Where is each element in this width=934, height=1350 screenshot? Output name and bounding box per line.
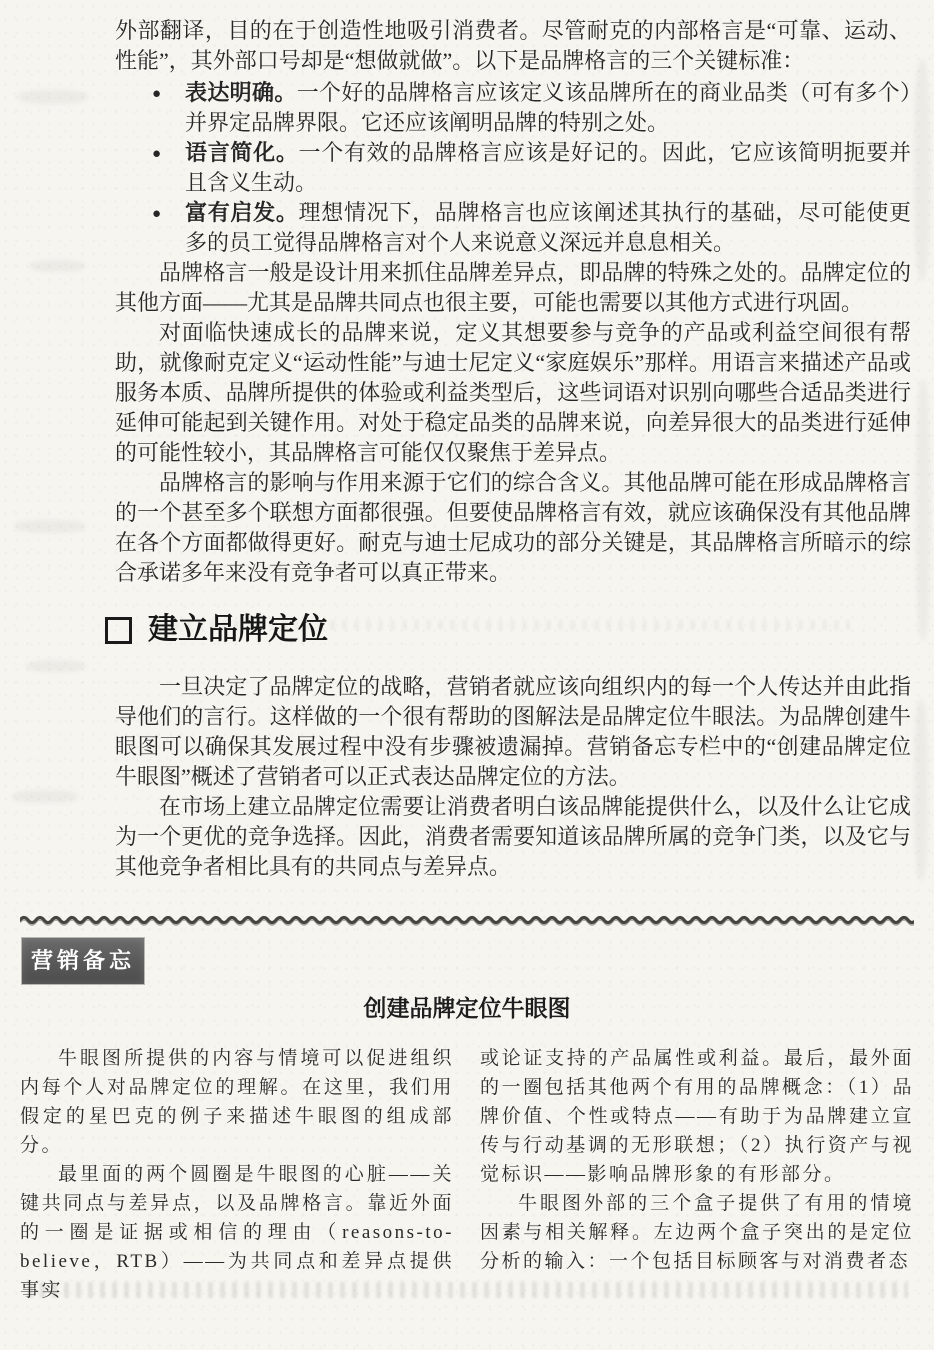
bullet-lead: 富有启发。 — [185, 200, 299, 225]
ink-smudge — [30, 260, 85, 272]
bullet-icon: ● — [152, 79, 161, 109]
body-paragraph: 对面临快速成长的品牌来说，定义其想要参与竞争的产品或利益空间很有帮助，就像耐克定… — [115, 318, 911, 468]
memo-paragraph: 牛眼图外部的三个盒子提供了有用的情境因素与相关解释。左边两个盒子突出的是定位分析… — [480, 1189, 914, 1276]
memo-columns: 牛眼图所提供的内容与情境可以促进组织内每个人对品牌定位的理解。在这里，我们用假定… — [20, 1044, 914, 1305]
memo-right-column: 或论证支持的产品属性或利益。最后，最外面的一圈包括其他两个有用的品牌概念：（1）… — [480, 1044, 914, 1305]
bullet-icon: ● — [152, 199, 161, 229]
memo-paragraph: 最里面的两个圆圈是牛眼图的心脏——关键共同点与差异点，以及品牌格言。靠近外面的一… — [20, 1160, 454, 1305]
body-paragraph: 品牌格言的影响与作用来源于它们的综合含义。其他品牌可能在形成品牌格言的一个甚至多… — [115, 468, 911, 588]
bullet-icon: ● — [152, 139, 161, 169]
ink-smudge — [14, 520, 86, 533]
ink-smudge — [26, 660, 86, 672]
body-paragraph: 在市场上建立品牌定位需要让消费者明白该品牌能提供什么，以及什么让它成为一个更优的… — [115, 792, 911, 882]
ink-smudge — [914, 60, 930, 280]
body-paragraph: 品牌格言一般是设计用来抓住品牌差异点，即品牌的特殊之处的。品牌定位的其他方面——… — [115, 258, 911, 318]
body-paragraph: 一旦决定了品牌定位的战略，营销者就应该向组织内的每一个人传达并由此指导他们的言行… — [115, 672, 911, 792]
continuation-paragraph: 外部翻译，目的在于创造性地吸引消费者。尽管耐克的内部格言是“可靠、运动、性能”，… — [115, 16, 911, 76]
memo-paragraph: 牛眼图所提供的内容与情境可以促进组织内每个人对品牌定位的理解。在这里，我们用假定… — [20, 1044, 454, 1160]
memo-left-column: 牛眼图所提供的内容与情境可以促进组织内每个人对品牌定位的理解。在这里，我们用假定… — [20, 1044, 454, 1305]
wavy-divider — [20, 912, 914, 930]
main-text-column: 外部翻译，目的在于创造性地吸引消费者。尽管耐克的内部格言是“可靠、运动、性能”，… — [115, 16, 911, 882]
section-heading-label: 建立品牌定位 — [148, 612, 328, 648]
bullet-lead: 表达明确。 — [185, 80, 297, 105]
brand-mantra-criteria-list: ●表达明确。一个好的品牌格言应该定义该品牌所在的商业品类（可有多个）并界定品牌界… — [148, 78, 911, 258]
list-item: ●表达明确。一个好的品牌格言应该定义该品牌所在的商业品类（可有多个）并界定品牌界… — [148, 78, 911, 138]
list-item: ●语言简化。一个有效的品牌格言应该是好记的。因此，它应该简明扼要并且含义生动。 — [148, 138, 911, 198]
list-item: ●富有启发。理想情况下，品牌格言也应该阐述其执行的基础，尽可能使更多的员工觉得品… — [148, 198, 911, 258]
ink-smudge — [12, 790, 78, 803]
ink-smudge — [914, 700, 928, 880]
section-heading: 建立品牌定位 — [105, 612, 911, 648]
square-bullet-icon — [105, 617, 132, 644]
bullet-lead: 语言简化。 — [185, 140, 299, 165]
ink-smudge — [916, 380, 930, 640]
memo-paragraph: 或论证支持的产品属性或利益。最后，最外面的一圈包括其他两个有用的品牌概念：（1）… — [480, 1044, 914, 1189]
book-page: 外部翻译，目的在于创造性地吸引消费者。尽管耐克的内部格言是“可靠、运动、性能”，… — [0, 0, 934, 1350]
ink-smudge — [18, 90, 88, 104]
marketing-memo-badge: 营销备忘 — [22, 938, 144, 984]
memo-title: 创建品牌定位牛眼图 — [0, 994, 934, 1024]
